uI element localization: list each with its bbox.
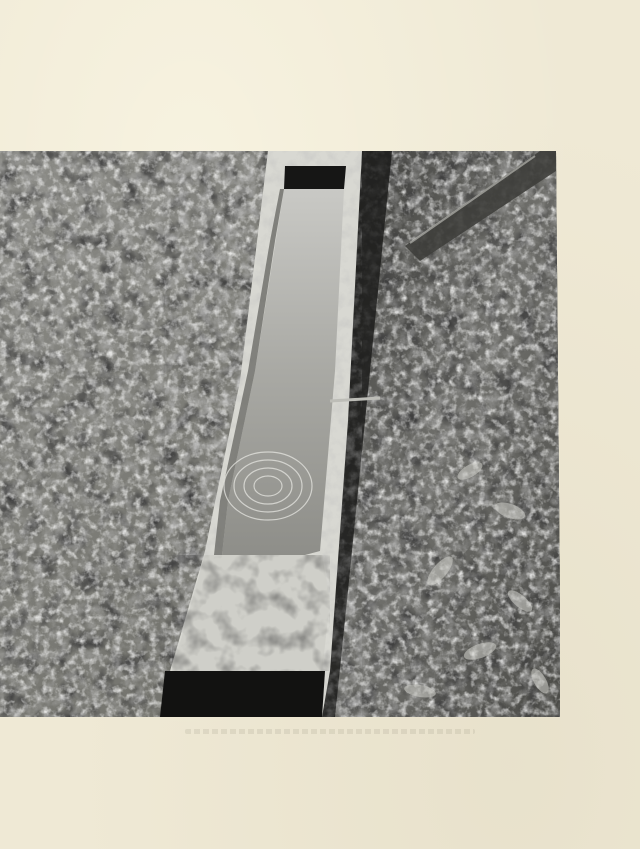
book-page (0, 0, 640, 849)
photo-image (0, 151, 560, 717)
trough-photograph (0, 151, 560, 717)
photo-caption (180, 726, 480, 738)
